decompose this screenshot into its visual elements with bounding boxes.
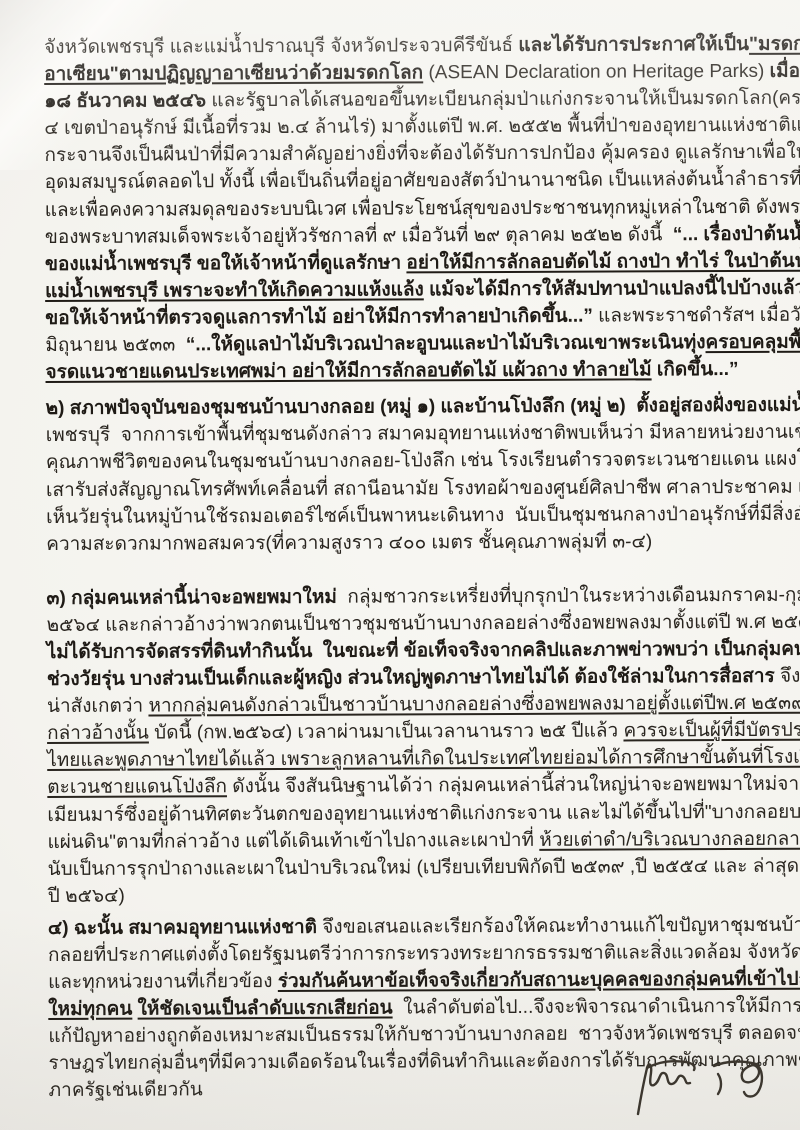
bold-text-run: ตั้งอยู่สองฝั่งของแม่น้ำ	[636, 395, 800, 417]
underlined-text-run: ร่วมกันค้นหาข้อเท็จจริงเกี่ยวกับสถานะบุค…	[278, 969, 800, 993]
text-run: (ASEAN Declaration on Heritage Parks)	[423, 61, 769, 84]
text-run: กระจานจึงเป็นผืนป่าที่มีความสำคัญอย่างยิ…	[44, 142, 800, 167]
bold-text-run: เกิดขึ้น...”	[652, 359, 739, 380]
text-run: นับเป็นการรุกป่าถางและเผาในป่าบริเวณใหม่…	[48, 855, 800, 880]
signature	[630, 1052, 782, 1124]
underlined-text-run: กล่าวอ้างนั้น	[47, 723, 149, 744]
text-line: ๒) สภาพปัจจุบันของชุมชนบ้านบางกลอย (หมู่…	[46, 392, 770, 422]
signature-ink-icon	[630, 1052, 782, 1124]
text-line: จรดแนวชายแดนประเทศพม่า อย่าให้มีการลักลอ…	[45, 356, 769, 386]
bold-text-run: ขอให้เจ้าหน้าที่ตรวจดูแลการทำไม้ อย่าให้…	[45, 306, 598, 329]
underlined-text-run: ควรจะเป็นผู้ที่มีบัตรประชาชน	[623, 720, 800, 742]
text-line: เสารับส่งสัญญาณโทรศัพท์เคลื่อนที่ สถานีอ…	[46, 473, 770, 503]
text-line: กลอยที่ประกาศแต่งตั้งโดยรัฐมนตรีว่าการกร…	[48, 939, 772, 969]
text-line: แก้ปัญหาอย่างถูกต้องเหมาะสมเป็นธรรมให้กั…	[48, 1020, 772, 1050]
text-line: น่าสังเกตว่า หากกลุ่มคนดังกล่าวเป็นชาวบ้…	[47, 690, 771, 720]
text-run: ๔ เขตป่าอนุรักษ์ มีเนื้อที่รวม ๒.๔ ล้านไ…	[44, 115, 800, 139]
text-line: ช่วงวัยรุ่น บางส่วนเป็นเด็กและผู้หญิง ส่…	[47, 663, 771, 693]
text-line: และเพื่อคงความสมดุลของระบบนิเวศ เพื่อประ…	[45, 193, 769, 223]
text-line: กระจานจึงเป็นผืนป่าที่มีความสำคัญอย่างยิ…	[44, 139, 768, 169]
photographed-document-page: { "document": { "kind": "scanned-thai-le…	[0, 0, 800, 1130]
text-run: ความสะดวกมากพอสมควร(ที่ความสูงราว ๔๐๐ เม…	[46, 531, 652, 555]
para-2-community: ๒) สภาพปัจจุบันของชุมชนบ้านบางกลอย (หมู่…	[46, 392, 771, 558]
text-line: ไทยและพูดภาษาไทยได้แล้ว เพราะลูกหลานที่เ…	[47, 744, 771, 774]
text-run: บัดนี้ (กพ.๒๕๖๔) เวลาผ่านมาเป็นเวลานานรา…	[149, 721, 624, 744]
scanned-document: จังหวัดเพชรบุรี และแม่น้ำปราณบุรี จังหวั…	[0, 0, 800, 1130]
underlined-text-run: ครอบคลุมพื้นที่	[705, 332, 800, 354]
text-line: ของแม่น้ำเพชรบุรี ขอให้เจ้าหน้าที่ดูแลรั…	[45, 248, 769, 278]
text-line: คุณภาพชีวิตของคนในชุมชนบ้านบางกลอย-โป่งล…	[46, 446, 770, 476]
underlined-text-run: ตะเวนชายแดนโป่งลึก	[47, 777, 227, 799]
underlined-text-run: ให้ชัดเจนเป็นลำดับแรกเสียก่อน	[138, 998, 393, 1020]
text-run: คุณภาพชีวิตของคนในชุมชนบ้านบางกลอย-โป่งล…	[46, 449, 800, 474]
text-run: ภาครัฐเช่นเดียวกัน	[49, 1080, 203, 1102]
bold-text-run: “... เรื่องป่าต้นน้ำลำธาร	[673, 223, 800, 245]
text-line: ตะเวนชายแดนโป่งลึก ดังนั้น จึงสันนิษฐานไ…	[47, 771, 771, 801]
underlined-text-run: ใหม่ทุกคน	[48, 999, 132, 1020]
document-body: จังหวัดเพชรบุรี และแม่น้ำปราณบุรี จังหวั…	[44, 31, 773, 1105]
text-run: จึงขอเสนอและเรียกร้องให้คณะทำงานแก้ไขปัญ…	[322, 914, 800, 937]
text-line: มิถุนายน ๒๕๓๓ “...ให้ดูแลป่าไม้บริเวณป่า…	[45, 329, 769, 359]
bold-text-run: ๔) ฉะนั้น สมาคมอุทยานแห่งชาติ	[48, 917, 322, 939]
bold-text-run: ช่วงวัยรุ่น บางส่วนเป็นเด็กและผู้หญิง ส่…	[47, 666, 775, 690]
underlined-text-run: จรดแนวชายแดนประเทศพม่า อย่าให้มีการลักลอ…	[45, 359, 651, 383]
text-line: แผ่นดิน"ตามที่กล่าวอ้าง แต่ได้เดินเท้าเข…	[47, 825, 771, 855]
underlined-text-run: ห้วยเต่าดำ/บริเวณบางกลอยกลาง	[539, 828, 800, 850]
bold-text-run: ๓) กลุ่มคนเหล่านี้น่าจะอพยพมาใหม่	[46, 586, 347, 608]
text-run: และรัฐบาลได้เสนอขอขึ้นทะเบียนกลุ่มป่าแก่…	[211, 88, 800, 112]
text-run: และเพื่อคงความสมดุลของระบบนิเวศ เพื่อประ…	[45, 196, 800, 221]
text-run: จึงเป็นข้อ	[775, 666, 800, 687]
text-run: ดังนั้น จึงสันนิษฐานได้ว่า กลุ่มคนเหล่าน…	[227, 774, 800, 798]
text-run: อุดมสมบูรณ์ตลอดไป ทั้งนี้ เพื่อเป็นถิ่นท…	[45, 169, 800, 194]
text-run: จังหวัดเพชรบุรี และแม่น้ำปราณบุรี จังหวั…	[44, 35, 518, 58]
text-line: ปี ๒๕๖๔)	[48, 880, 772, 910]
text-line: ไม่ได้รับการจัดสรรที่ดินทำกินนั้น ในขณะท…	[47, 636, 771, 666]
text-line: ของพระบาทสมเด็จพระเจ้าอยู่หัวรัชกาลที่ ๙…	[45, 220, 769, 250]
bold-text-run: ในขณะที่ ข้อเท็จจริงจากคลิปและภาพข่าวพบว…	[323, 638, 800, 661]
text-line: ๒๕๖๔ และกล่าวอ้างว่าพวกตนเป็นชาวชุมชนบ้า…	[47, 609, 771, 639]
bold-text-run: ไม่ได้รับการจัดสรรที่ดินทำกินนั้น	[47, 641, 323, 663]
text-line: เพชรบุรี จากการเข้าพื้นที่ชุมชนดังกล่าว …	[46, 419, 770, 449]
text-run: แผ่นดิน"ตามที่กล่าวอ้าง แต่ได้เดินเท้าเข…	[47, 829, 539, 852]
text-line: นับเป็นการรุกป่าถางและเผาในป่าบริเวณใหม่…	[48, 853, 772, 883]
text-line: เมียนมาร์ซึ่งอยู่ด้านทิศตะวันตกของอุทยาน…	[47, 798, 771, 828]
text-line: ความสะดวกมากพอสมควร(ที่ความสูงราว ๔๐๐ เม…	[46, 528, 770, 558]
text-line: ขอให้เจ้าหน้าที่ตรวจดูแลการทำไม้ อย่าให้…	[45, 302, 769, 332]
bold-text-run: แม้จะได้มีการให้สัมปทานป่าแปลงนี้ไปบ้างแ…	[424, 277, 800, 300]
text-run: และทุกหน่วยงานที่เกี่ยวข้อง	[48, 971, 278, 993]
underlined-text-run: "มรดก	[749, 34, 800, 55]
text-run: กลุ่มชาวกระเหรี่ยงที่บุกรุกป่าในระหว่างเ…	[347, 584, 800, 607]
text-line: ใหม่ทุกคน ให้ชัดเจนเป็นลำดับแรกเสียก่อน …	[48, 993, 772, 1023]
text-run: เพชรบุรี จากการเข้าพื้นที่ชุมชนดังกล่าว …	[46, 422, 800, 447]
text-line: จังหวัดเพชรบุรี และแม่น้ำปราณบุรี จังหวั…	[44, 31, 768, 61]
text-run: น่าสังเกตว่า	[47, 696, 149, 717]
text-run: เมียนมาร์ซึ่งอยู่ด้านทิศตะวันตกของอุทยาน…	[47, 801, 800, 825]
text-run: ของพระบาทสมเด็จพระเจ้าอยู่หัวรัชกาลที่ ๙…	[45, 224, 673, 248]
bold-text-run: เมื่อวันที่	[769, 61, 800, 82]
text-run: ในลำดับต่อไป...จึงจะพิจารณาดำเนินการให้ม…	[393, 996, 800, 1019]
bold-text-run: ของแม่น้ำเพชรบุรี ขอให้เจ้าหน้าที่ดูแลรั…	[45, 252, 406, 275]
text-line: กล่าวอ้างนั้น บัดนี้ (กพ.๒๕๖๔) เวลาผ่านม…	[47, 717, 771, 747]
text-line: แม่น้ำเพชรบุรี เพราะจะทำให้เกิดความแห้งแ…	[45, 275, 769, 305]
text-run: เห็นวัยรุ่นในหมู่บ้านใช้รถมอเตอร์ไซค์เป็…	[46, 503, 800, 528]
bold-text-run: และได้รับการประกาศให้เป็น	[518, 34, 749, 56]
text-line: ๑๘ ธันวาคม ๒๕๔๖ และรัฐบาลได้เสนอขอขึ้นทะ…	[44, 85, 768, 115]
text-line: เห็นวัยรุ่นในหมู่บ้านใช้รถมอเตอร์ไซค์เป็…	[46, 500, 770, 530]
text-run: เสารับส่งสัญญาณโทรศัพท์เคลื่อนที่ สถานีอ…	[46, 476, 800, 501]
underlined-text-run: อย่าให้มีการลักลอบตัดไม้ ถางป่า ทำไร่ ใน…	[406, 250, 800, 273]
underlined-text-run: หากกลุ่มคนดังกล่าวเป็นชาวบ้านบางกลอยล่าง…	[148, 692, 800, 716]
text-line: และทุกหน่วยงานที่เกี่ยวข้อง ร่วมกันค้นหา…	[48, 966, 772, 996]
underlined-text-run: แม่น้ำเพชรบุรี เพราะจะทำให้เกิดความแห้งแ…	[45, 279, 424, 302]
text-run: และพระราชดำรัสฯ เมื่อวันที่ ๑๓	[598, 304, 800, 326]
underlined-text-run: ไทยและพูดภาษาไทยได้แล้ว เพราะลูกหลานที่เ…	[47, 747, 800, 772]
para-1-heritage: จังหวัดเพชรบุรี และแม่น้ำปราณบุรี จังหวั…	[44, 31, 770, 386]
text-run: แก้ปัญหาอย่างถูกต้องเหมาะสมเป็นธรรมให้กั…	[48, 1023, 800, 1047]
text-line: ๔) ฉะนั้น สมาคมอุทยานแห่งชาติ จึงขอเสนอแ…	[48, 912, 772, 942]
bold-text-run: ๑๘ ธันวาคม ๒๕๔๖	[44, 90, 211, 112]
text-line: อุดมสมบูรณ์ตลอดไป ทั้งนี้ เพื่อเป็นถิ่นท…	[45, 166, 769, 196]
bold-text-run: “...ให้ดูแลป่าไม้บริเวณป่าละอูบนและป่าไม…	[186, 332, 706, 355]
text-run: มิถุนายน ๒๕๓๓	[45, 334, 186, 356]
underlined-text-run: อาเซียน"ตามปฏิญญาอาเซียนว่าด้วยมรดกโลก	[44, 62, 423, 85]
text-run: กลอยที่ประกาศแต่งตั้งโดยรัฐมนตรีว่าการกร…	[48, 941, 800, 966]
para-3-new-migrants: ๓) กลุ่มคนเหล่านี้น่าจะอพยพมาใหม่ กลุ่มช…	[46, 582, 771, 910]
text-run: ปี ๒๕๖๔)	[48, 885, 125, 906]
text-run: ๒๕๖๔ และกล่าวอ้างว่าพวกตนเป็นชาวชุมชนบ้า…	[47, 611, 800, 636]
bold-text-run: ๒) สภาพปัจจุบันของชุมชนบ้านบางกลอย (หมู่…	[46, 396, 637, 420]
text-line: อาเซียน"ตามปฏิญญาอาเซียนว่าด้วยมรดกโลก (…	[44, 58, 768, 88]
text-line: ๔ เขตป่าอนุรักษ์ มีเนื้อที่รวม ๒.๔ ล้านไ…	[44, 112, 768, 142]
text-line: ๓) กลุ่มคนเหล่านี้น่าจะอพยพมาใหม่ กลุ่มช…	[46, 582, 770, 612]
